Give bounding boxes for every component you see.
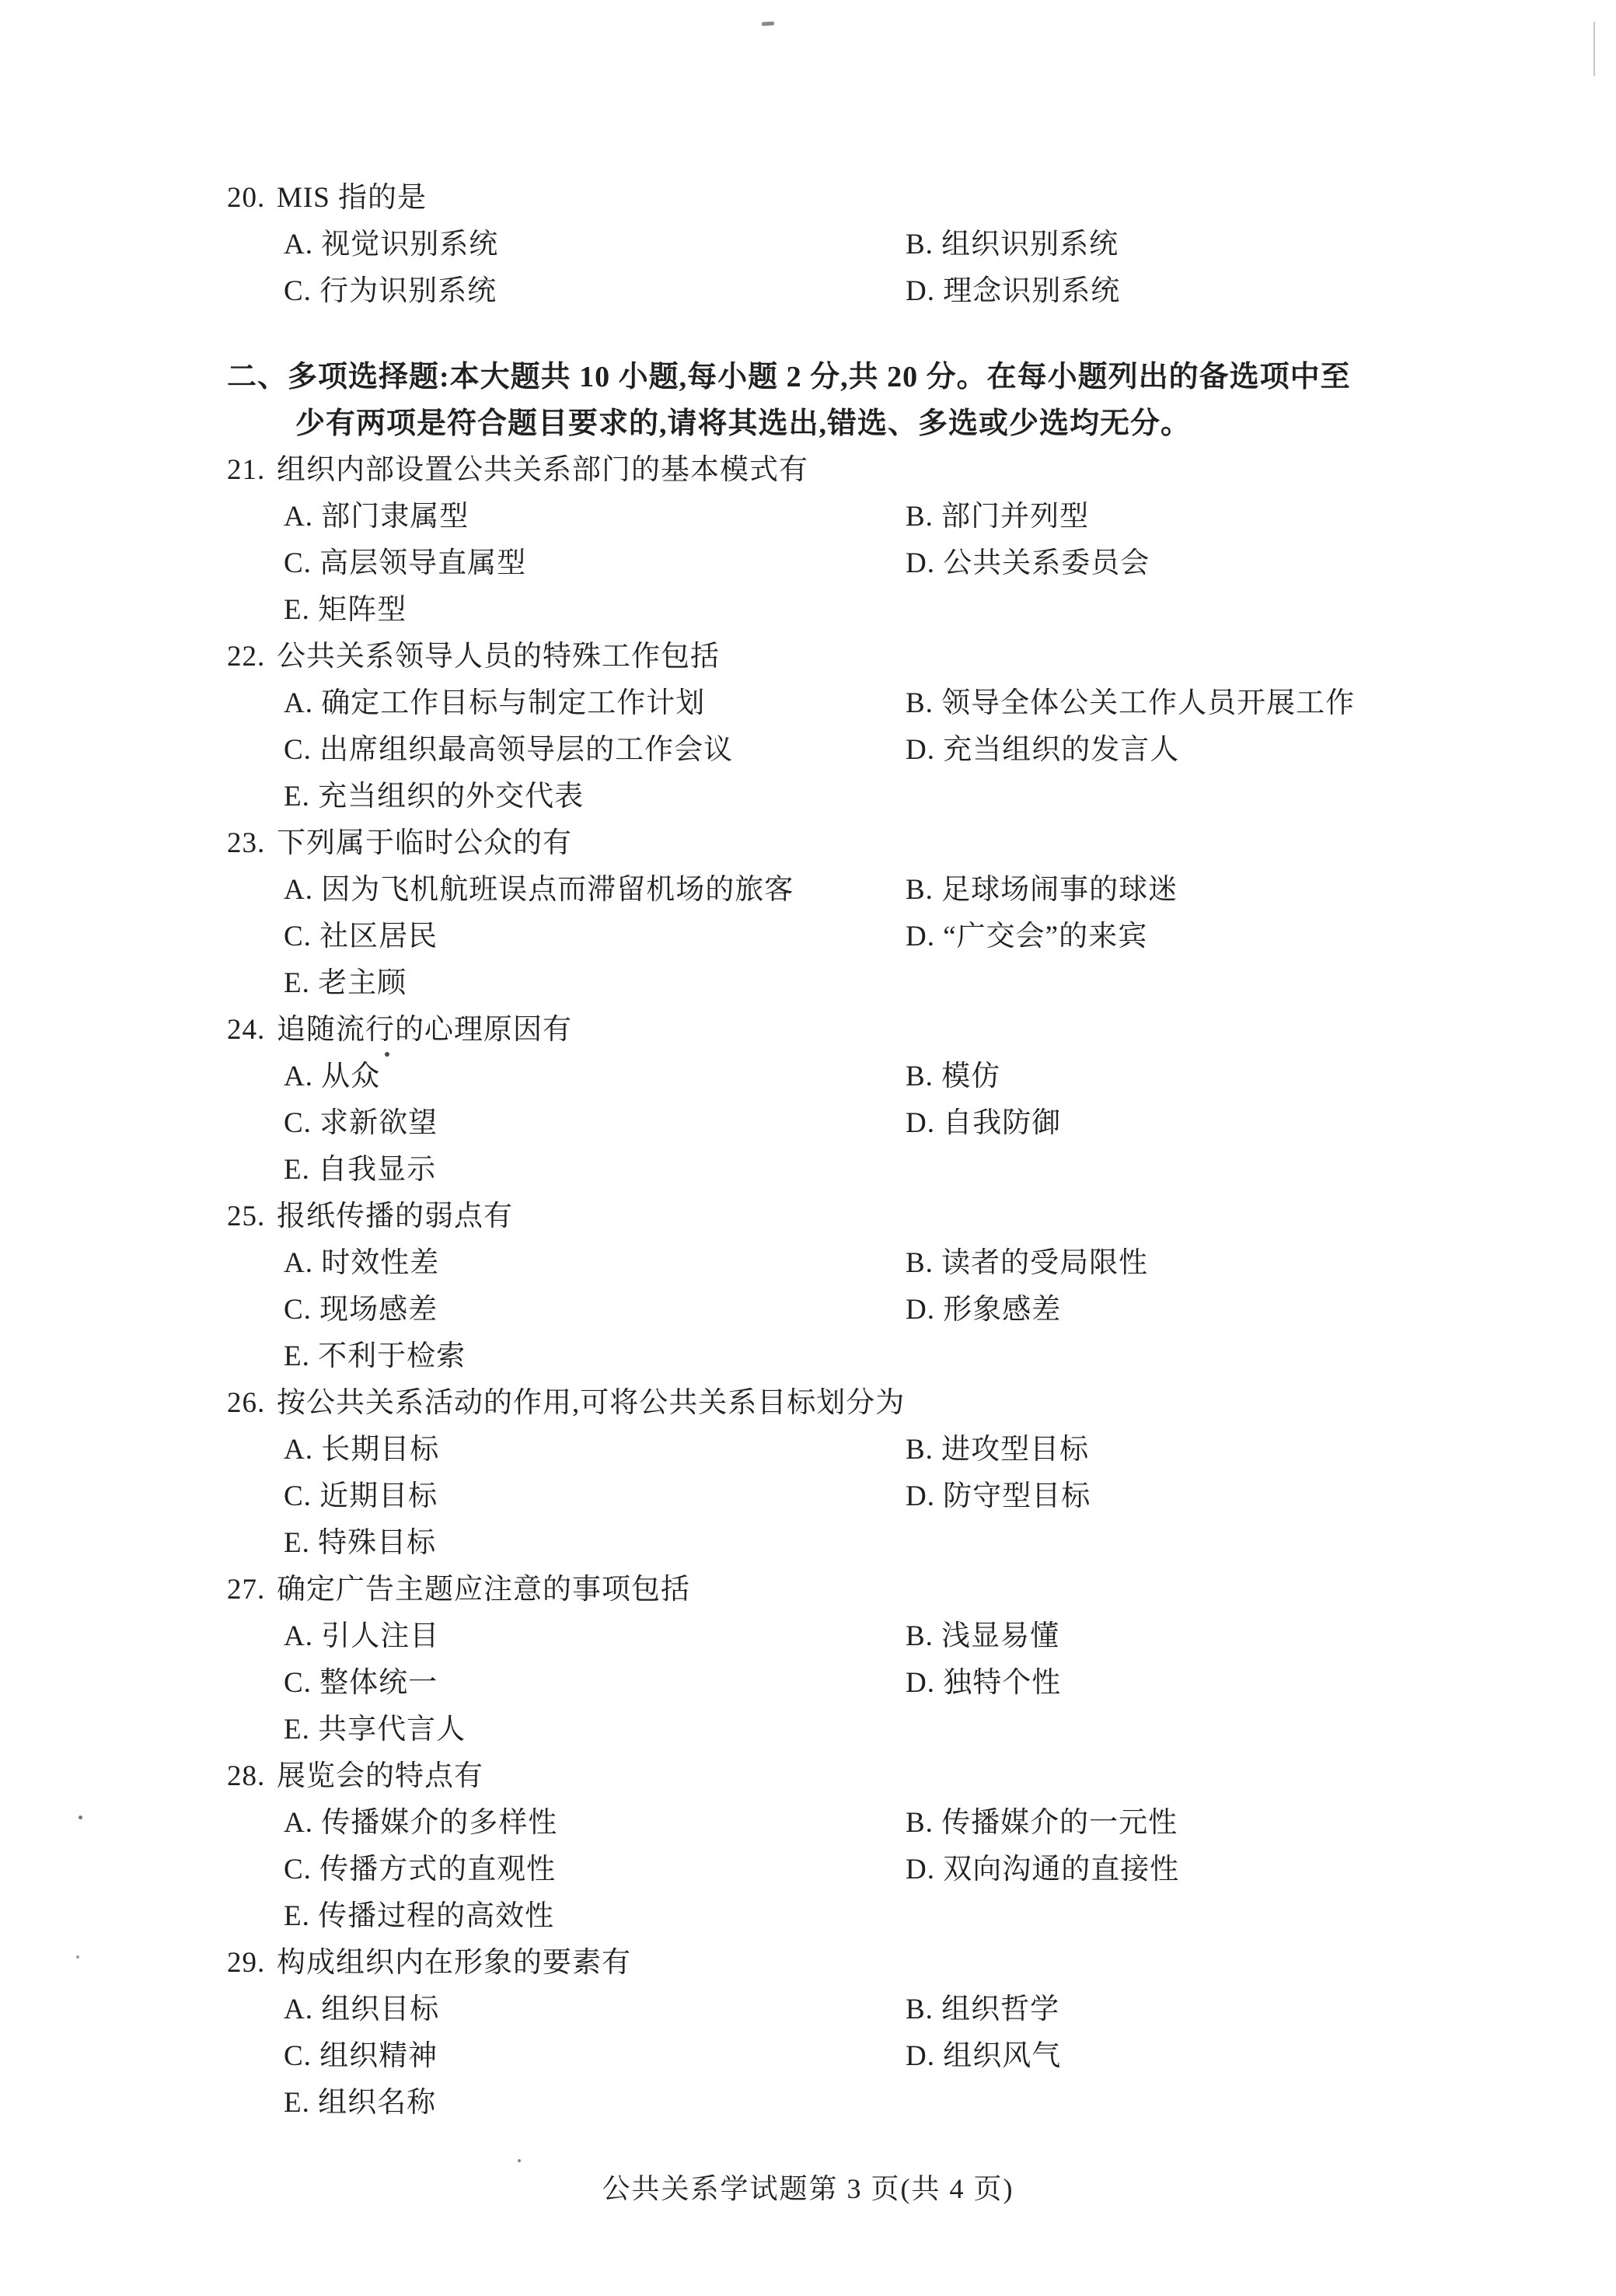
option-c: C. 高层领导直属型: [284, 540, 906, 587]
option-e: E. 不利于检索: [284, 1333, 906, 1380]
question-27-row-ab: A. 引人注目 B. 浅显易懂: [227, 1613, 1538, 1660]
option-c: C. 求新欲望: [284, 1100, 906, 1147]
question-23-row-e: E. 老主顾: [227, 960, 1538, 1007]
question-25-row-e: E. 不利于检索: [227, 1333, 1538, 1380]
option-a: A. 长期目标: [284, 1427, 906, 1473]
option-d: D. 公共关系委员会: [906, 540, 1538, 587]
question-29: 29.构成组织内在形象的要素有 A. 组织目标 B. 组织哲学 C. 组织精神 …: [227, 1940, 1538, 2127]
option-b: B. 领导全体公关工作人员开展工作: [906, 680, 1538, 727]
option-c: C. 社区居民: [284, 914, 906, 960]
question-22-row-e: E. 充当组织的外交代表: [227, 774, 1538, 820]
question-20-stem: 20.MIS 指的是: [227, 175, 1538, 222]
question-number: 25.: [227, 1193, 277, 1240]
option-b: B. 组织哲学: [906, 1987, 1538, 2033]
option-c: C. 行为识别系统: [284, 268, 906, 315]
option-a: A. 组织目标: [284, 1987, 906, 2033]
question-24-row-ab: A. 从众 B. 模仿: [227, 1054, 1538, 1100]
option-b: B. 部门并列型: [906, 494, 1538, 540]
question-21-row-ab: A. 部门隶属型 B. 部门并列型: [227, 494, 1538, 540]
option-empty: [906, 1333, 1538, 1380]
question-26-row-e: E. 特殊目标: [227, 1520, 1538, 1567]
question-28-row-ab: A. 传播媒介的多样性 B. 传播媒介的一元性: [227, 1800, 1538, 1847]
question-26-row-ab: A. 长期目标 B. 进攻型目标: [227, 1427, 1538, 1473]
question-24-row-cd: C. 求新欲望 D. 自我防御: [227, 1100, 1538, 1147]
question-22-row-cd: C. 出席组织最高领导层的工作会议 D. 充当组织的发言人: [227, 727, 1538, 774]
section-two-header: 二、多项选择题:本大题共 10 小题,每小题 2 分,共 20 分。在每小题列出…: [227, 354, 1538, 447]
scan-speck: [762, 21, 774, 26]
question-23-row-ab: A. 因为飞机航班误点而滞留机场的旅客 B. 足球场闹事的球迷: [227, 867, 1538, 914]
option-c: C. 现场感差: [284, 1287, 906, 1333]
question-number: 23.: [227, 820, 277, 867]
option-a: A. 时效性差: [284, 1240, 906, 1287]
question-21-row-e: E. 矩阵型: [227, 587, 1538, 634]
question-28-row-cd: C. 传播方式的直观性 D. 双向沟通的直接性: [227, 1847, 1538, 1893]
option-c: C. 传播方式的直观性: [284, 1847, 906, 1893]
question-text: 构成组织内在形象的要素有: [277, 1947, 631, 1979]
question-20-row-ab: A. 视觉识别系统 B. 组织识别系统: [227, 222, 1538, 268]
question-27-row-e: E. 共享代言人: [227, 1707, 1538, 1753]
option-c: C. 近期目标: [284, 1473, 906, 1520]
question-20-row-cd: C. 行为识别系统 D. 理念识别系统: [227, 268, 1538, 315]
question-number: 22.: [227, 634, 277, 680]
question-text: 公共关系领导人员的特殊工作包括: [277, 641, 720, 673]
question-28-stem: 28.展览会的特点有: [227, 1753, 1538, 1800]
question-23-stem: 23.下列属于临时公众的有: [227, 820, 1538, 867]
option-d: D. 组织风气: [906, 2033, 1538, 2080]
option-b: B. 组织识别系统: [906, 222, 1538, 268]
option-empty: [906, 2080, 1538, 2127]
question-text: 追随流行的心理原因有: [277, 1014, 572, 1046]
option-d: D. 自我防御: [906, 1100, 1538, 1147]
option-d: D. 形象感差: [906, 1287, 1538, 1333]
question-24-row-e: E. 自我显示: [227, 1147, 1538, 1193]
option-c: C. 出席组织最高领导层的工作会议: [284, 727, 906, 774]
question-27: 27.确定广告主题应注意的事项包括 A. 引人注目 B. 浅显易懂 C. 整体统…: [227, 1567, 1538, 1753]
question-25-stem: 25.报纸传播的弱点有: [227, 1193, 1538, 1240]
section-two-instructions-line2: 少有两项是符合题目要求的,请将其选出,错选、多选或少选均无分。: [227, 400, 1538, 447]
exam-content: 20.MIS 指的是 A. 视觉识别系统 B. 组织识别系统 C. 行为识别系统…: [227, 175, 1538, 2127]
question-25-row-cd: C. 现场感差 D. 形象感差: [227, 1287, 1538, 1333]
question-number: 27.: [227, 1567, 277, 1613]
option-d: D. “广交会”的来宾: [906, 914, 1538, 960]
option-empty: [906, 1893, 1538, 1940]
option-a: A. 因为飞机航班误点而滞留机场的旅客: [284, 867, 906, 914]
question-21-row-cd: C. 高层领导直属型 D. 公共关系委员会: [227, 540, 1538, 587]
question-22: 22.公共关系领导人员的特殊工作包括 A. 确定工作目标与制定工作计划 B. 领…: [227, 634, 1538, 820]
question-20: 20.MIS 指的是 A. 视觉识别系统 B. 组织识别系统 C. 行为识别系统…: [227, 175, 1538, 315]
option-empty: [906, 774, 1538, 820]
option-e: E. 共享代言人: [284, 1707, 906, 1753]
option-b: B. 读者的受局限性: [906, 1240, 1538, 1287]
option-d: D. 充当组织的发言人: [906, 727, 1538, 774]
question-25-row-ab: A. 时效性差 B. 读者的受局限性: [227, 1240, 1538, 1287]
scan-speck: [76, 1955, 79, 1959]
scan-edge-line: [1593, 22, 1595, 76]
question-text: 下列属于临时公众的有: [277, 827, 572, 859]
section-two-instructions-line1: 二、多项选择题:本大题共 10 小题,每小题 2 分,共 20 分。在每小题列出…: [227, 354, 1538, 400]
option-e: E. 组织名称: [284, 2080, 906, 2127]
question-text: 展览会的特点有: [277, 1760, 483, 1792]
option-empty: [906, 1520, 1538, 1567]
option-b: B. 模仿: [906, 1054, 1538, 1100]
question-number: 20.: [227, 175, 277, 222]
option-b: B. 足球场闹事的球迷: [906, 867, 1538, 914]
option-c: C. 组织精神: [284, 2033, 906, 2080]
question-23-row-cd: C. 社区居民 D. “广交会”的来宾: [227, 914, 1538, 960]
question-26-stem: 26.按公共关系活动的作用,可将公共关系目标划分为: [227, 1380, 1538, 1427]
option-d: D. 独特个性: [906, 1660, 1538, 1707]
question-24-stem: 24.追随流行的心理原因有: [227, 1007, 1538, 1054]
option-e: E. 自我显示: [284, 1147, 906, 1193]
option-d: D. 理念识别系统: [906, 268, 1538, 315]
option-a: A. 传播媒介的多样性: [284, 1800, 906, 1847]
question-26: 26.按公共关系活动的作用,可将公共关系目标划分为 A. 长期目标 B. 进攻型…: [227, 1380, 1538, 1567]
option-a: A. 引人注目: [284, 1613, 906, 1660]
question-29-row-ab: A. 组织目标 B. 组织哲学: [227, 1987, 1538, 2033]
question-text: 确定广告主题应注意的事项包括: [277, 1574, 690, 1606]
question-29-row-cd: C. 组织精神 D. 组织风气: [227, 2033, 1538, 2080]
option-empty: [906, 1147, 1538, 1193]
question-22-stem: 22.公共关系领导人员的特殊工作包括: [227, 634, 1538, 680]
option-e: E. 矩阵型: [284, 587, 906, 634]
question-text: 报纸传播的弱点有: [277, 1200, 513, 1232]
question-24: 24.追随流行的心理原因有 A. 从众 B. 模仿 C. 求新欲望 D. 自我防…: [227, 1007, 1538, 1193]
option-b: B. 传播媒介的一元性: [906, 1800, 1538, 1847]
question-21: 21.组织内部设置公共关系部门的基本模式有 A. 部门隶属型 B. 部门并列型 …: [227, 447, 1538, 634]
question-21-stem: 21.组织内部设置公共关系部门的基本模式有: [227, 447, 1538, 494]
question-number: 24.: [227, 1007, 277, 1054]
scan-speck: [518, 2159, 521, 2162]
question-text: MIS 指的是: [277, 182, 427, 214]
option-empty: [906, 960, 1538, 1007]
page-footer: 公共关系学试题第 3 页(共 4 页): [0, 2165, 1616, 2212]
question-28: 28.展览会的特点有 A. 传播媒介的多样性 B. 传播媒介的一元性 C. 传播…: [227, 1753, 1538, 1940]
question-number: 29.: [227, 1940, 277, 1987]
option-e: E. 老主顾: [284, 960, 906, 1007]
option-d: D. 双向沟通的直接性: [906, 1847, 1538, 1893]
option-a: A. 视觉识别系统: [284, 222, 906, 268]
option-a: A. 从众: [284, 1054, 906, 1100]
question-27-row-cd: C. 整体统一 D. 独特个性: [227, 1660, 1538, 1707]
option-empty: [906, 587, 1538, 634]
question-text: 组织内部设置公共关系部门的基本模式有: [277, 454, 808, 486]
option-c: C. 整体统一: [284, 1660, 906, 1707]
question-number: 21.: [227, 447, 277, 494]
question-number: 26.: [227, 1380, 277, 1427]
question-28-row-e: E. 传播过程的高效性: [227, 1893, 1538, 1940]
option-a: A. 部门隶属型: [284, 494, 906, 540]
option-b: B. 进攻型目标: [906, 1427, 1538, 1473]
option-a: A. 确定工作目标与制定工作计划: [284, 680, 906, 727]
option-e: E. 传播过程的高效性: [284, 1893, 906, 1940]
option-e: E. 特殊目标: [284, 1520, 906, 1567]
scan-speck: [79, 1815, 82, 1819]
option-b: B. 浅显易懂: [906, 1613, 1538, 1660]
question-22-row-ab: A. 确定工作目标与制定工作计划 B. 领导全体公关工作人员开展工作: [227, 680, 1538, 727]
question-25: 25.报纸传播的弱点有 A. 时效性差 B. 读者的受局限性 C. 现场感差 D…: [227, 1193, 1538, 1380]
question-29-stem: 29.构成组织内在形象的要素有: [227, 1940, 1538, 1987]
question-27-stem: 27.确定广告主题应注意的事项包括: [227, 1567, 1538, 1613]
question-number: 28.: [227, 1753, 277, 1800]
option-e: E. 充当组织的外交代表: [284, 774, 906, 820]
exam-page: 20.MIS 指的是 A. 视觉识别系统 B. 组织识别系统 C. 行为识别系统…: [0, 0, 1616, 2296]
option-empty: [906, 1707, 1538, 1753]
question-text: 按公共关系活动的作用,可将公共关系目标划分为: [277, 1387, 905, 1419]
option-d: D. 防守型目标: [906, 1473, 1538, 1520]
question-29-row-e: E. 组织名称: [227, 2080, 1538, 2127]
question-26-row-cd: C. 近期目标 D. 防守型目标: [227, 1473, 1538, 1520]
question-23: 23.下列属于临时公众的有 A. 因为飞机航班误点而滞留机场的旅客 B. 足球场…: [227, 820, 1538, 1007]
